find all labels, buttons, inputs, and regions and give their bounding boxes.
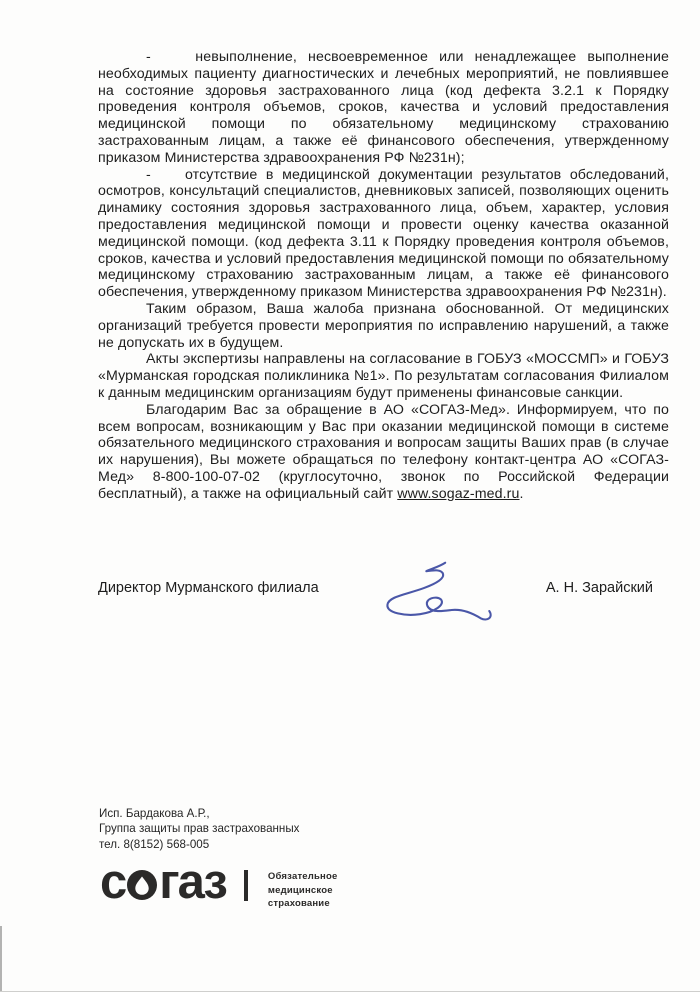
executor-name-line: Исп. Бардакова А.Р., xyxy=(99,806,299,821)
handwritten-signature xyxy=(378,552,504,626)
sogaz-wordmark: сгаз xyxy=(100,864,226,900)
closing-period: . xyxy=(520,486,524,502)
closing-text: Благодарим Вас за обращение в АО «СОГАЗ-… xyxy=(98,402,669,502)
logo-tagline: Обязательное медицинское страхование xyxy=(268,870,338,911)
scan-artifact-left-edge xyxy=(0,926,2,992)
wordmark-letter-s: с xyxy=(100,855,125,909)
scanned-letter-page: - невыполнение, несвоевременное или нена… xyxy=(0,0,700,992)
paragraph-conclusion: Таким образом, Ваша жалоба признана обос… xyxy=(98,301,669,351)
wordmark-letters-gaz: газ xyxy=(159,855,226,909)
signature-block: Директор Мурманского филиала А. Н. Зарай… xyxy=(98,578,669,638)
signer-name: А. Н. Зарайский xyxy=(546,580,653,596)
tagline-line-1: Обязательное xyxy=(268,870,338,884)
executor-info: Исп. Бардакова А.Р., Группа защиты прав … xyxy=(99,806,299,852)
logo-divider-bar xyxy=(244,870,248,901)
sogaz-logo: сгаз Обязательное медицинское страховани… xyxy=(100,864,337,911)
letter-body: - невыполнение, несвоевременное или нена… xyxy=(98,49,669,503)
sogaz-website-url: www.sogaz-med.ru xyxy=(397,486,519,502)
tagline-line-2: медицинское xyxy=(268,884,338,898)
signer-title: Директор Мурманского филиала xyxy=(98,580,319,596)
paragraph-closing: Благодарим Вас за обращение в АО «СОГАЗ-… xyxy=(98,402,669,503)
sogaz-o-droplet-icon xyxy=(127,870,157,900)
defect-list-item-1: - невыполнение, несвоевременное или нена… xyxy=(98,49,669,167)
defect-list-item-2: - отсутствие в медицинской документации … xyxy=(98,167,669,301)
executor-group-line: Группа защиты прав застрахованных xyxy=(99,821,299,836)
tagline-line-3: страхование xyxy=(268,897,338,911)
paragraph-expertise-acts: Акты экспертизы направлены на согласован… xyxy=(98,351,669,401)
executor-phone-line: тел. 8(8152) 568-005 xyxy=(99,837,299,852)
